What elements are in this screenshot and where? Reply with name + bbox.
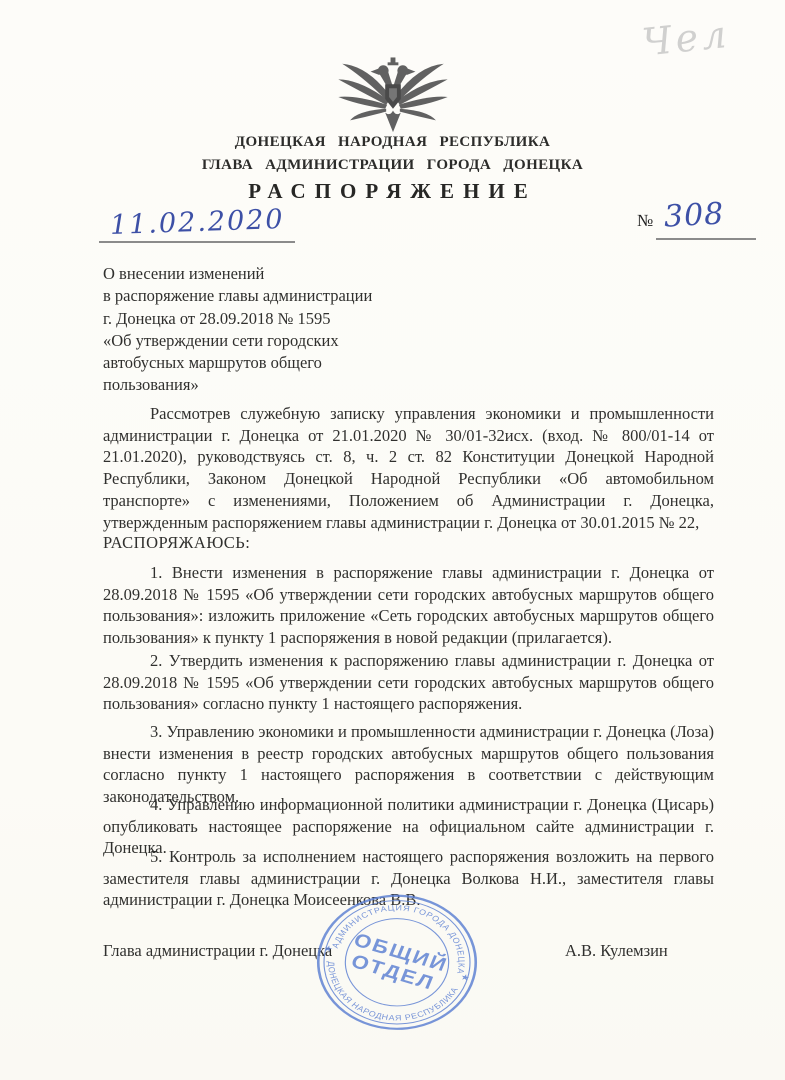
- signatory-name: А.В. Кулемзин: [565, 941, 668, 961]
- round-office-stamp: АДМИНИСТРАЦИЯ ГОРОДА ДОНЕЦКА ДОНЕЦКАЯ НА…: [315, 893, 479, 1032]
- eagle-right-half: [338, 57, 447, 132]
- scanned-document-page: Чел ДОНЕЦКАЯ НАРОД: [0, 0, 785, 1080]
- authority-name-line: ГЛАВА АДМИНИСТРАЦИИ ГОРОДА ДОНЕЦКА: [0, 157, 785, 174]
- dpr-double-headed-eagle-emblem: [334, 56, 452, 138]
- order-word: РАСПОРЯЖАЮСЬ:: [103, 533, 250, 553]
- number-underline: [656, 238, 756, 240]
- republic-name-line: ДОНЕЦКАЯ НАРОДНАЯ РЕСПУБЛИКА: [0, 134, 785, 151]
- subject-block: О внесении изменений в распоряжение глав…: [103, 263, 458, 397]
- date-underline: [99, 241, 295, 243]
- corner-pencil-note: Чел: [640, 7, 774, 64]
- handwritten-date: 11.02.2020: [110, 204, 286, 241]
- stamp-star-left-icon: ★: [323, 943, 334, 954]
- stamp-star-right-icon: ★: [460, 972, 471, 983]
- preamble-paragraph: Рассмотрев служебную записку управления …: [103, 403, 714, 533]
- signatory-position: Глава администрации г. Донецка: [103, 941, 332, 961]
- handwritten-document-number: 308: [663, 196, 725, 234]
- number-sign: №: [637, 211, 653, 231]
- order-item-2: 2. Утвердить изменения к распоряжению гл…: [103, 650, 714, 715]
- order-item-1: 1. Внести изменения в распоряжение главы…: [103, 562, 714, 649]
